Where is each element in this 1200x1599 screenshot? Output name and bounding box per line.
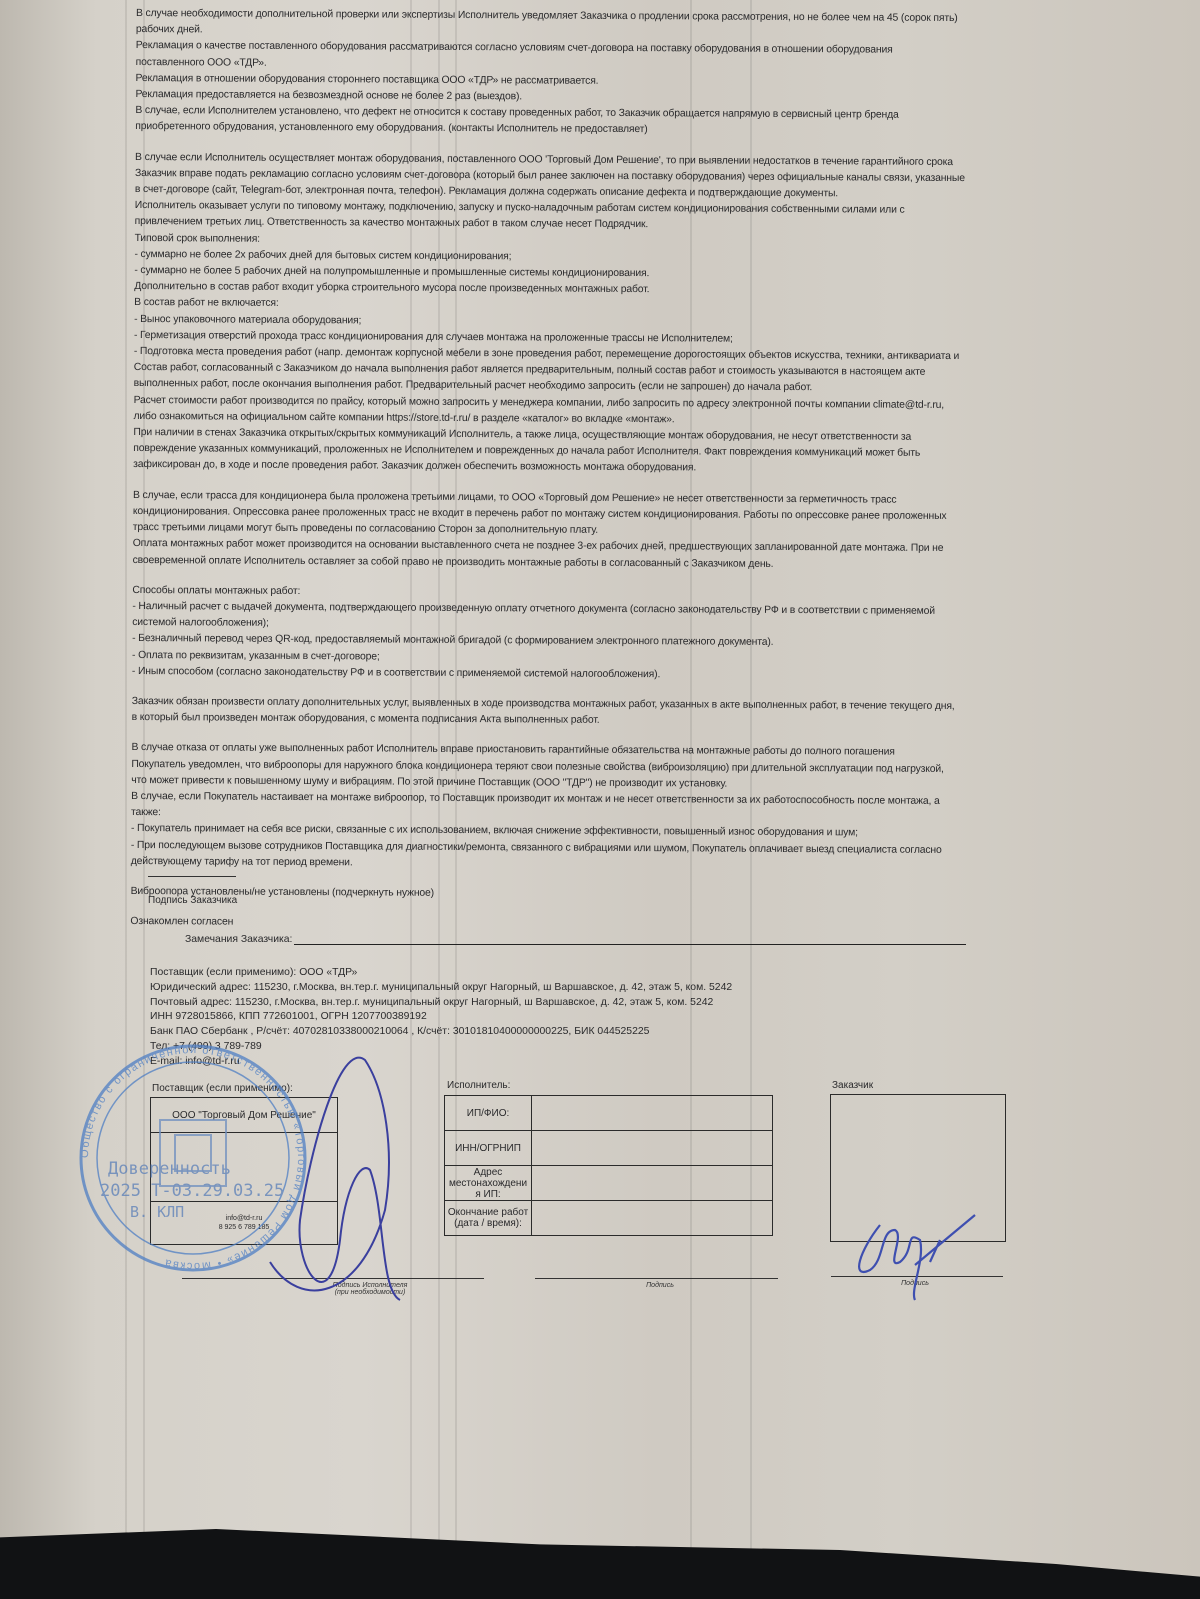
stamp-and-signatures: Общество с ограниченной ответственностью… — [0, 0, 1200, 1599]
scanned-page: В случае необходимости дополнительной пр… — [0, 0, 1200, 1599]
supplier-signature — [270, 1058, 400, 1300]
svg-text:В. КЛП: В. КЛП — [130, 1203, 184, 1221]
svg-text:Доверенность: Доверенность — [108, 1159, 231, 1179]
customer-signature — [859, 1215, 975, 1300]
svg-text:2025 Т-03.29.03.25: 2025 Т-03.29.03.25 — [100, 1181, 284, 1201]
company-stamp: Общество с ограниченной ответственностью… — [79, 1044, 307, 1272]
